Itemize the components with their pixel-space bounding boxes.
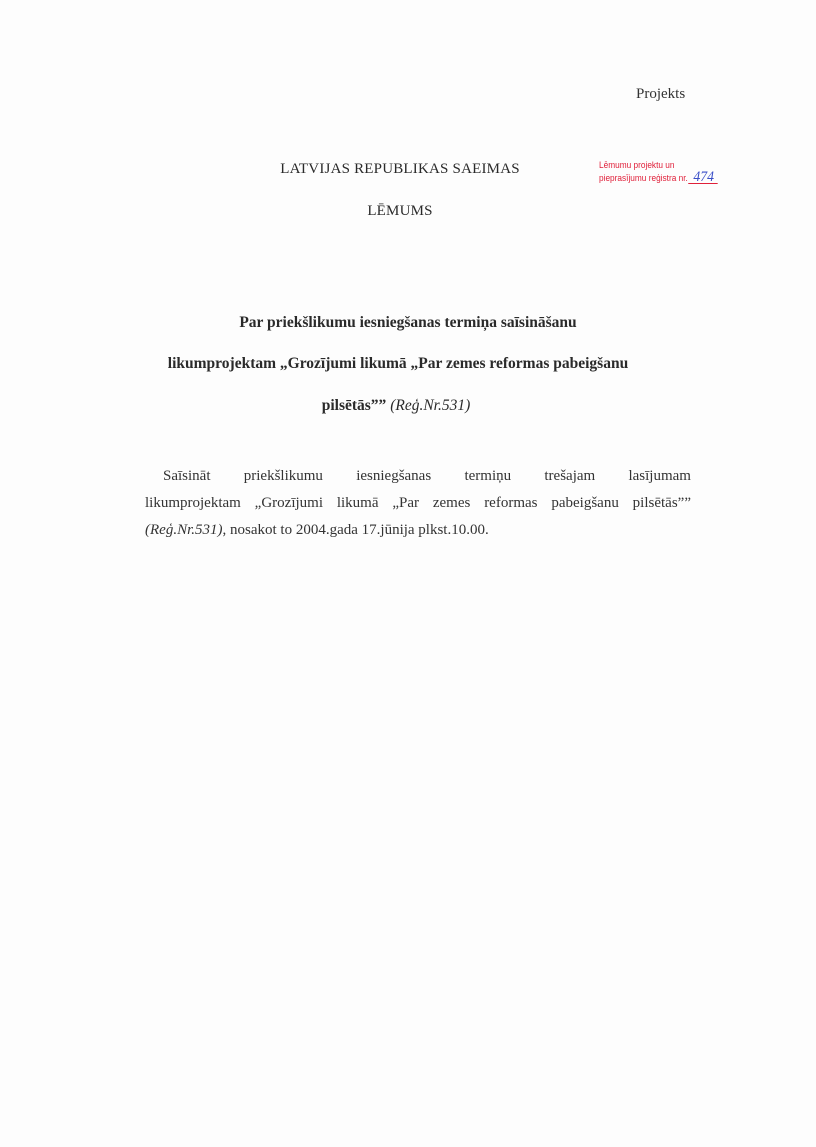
body-registration-ref: (Reģ.Nr.531) — [145, 522, 223, 538]
organization-heading: LATVIJAS REPUBLIKAS SAEIMAS — [0, 161, 808, 178]
word: „Grozījumi — [255, 495, 323, 512]
document-type-heading: LĒMUMS — [0, 203, 808, 220]
word: pabeigšanu — [551, 495, 618, 512]
word: likumā — [337, 495, 379, 512]
word: likumprojektam — [145, 495, 241, 512]
title-line-1: Par priekšlikumu iesniegšanas termiņa sa… — [0, 314, 816, 332]
word: zemes — [433, 495, 470, 512]
word: „Par — [392, 495, 419, 512]
word: lasījumam — [628, 468, 691, 485]
word: Saīsināt — [163, 468, 211, 485]
word: priekšlikumu — [244, 468, 323, 485]
registration-ref: (Reģ.Nr.531) — [390, 397, 470, 414]
word: trešajam — [544, 468, 595, 485]
title-line-2: likumprojektam „Grozījumi likumā „Par ze… — [0, 355, 806, 373]
body-line-3: (Reģ.Nr.531), nosakot to 2004.gada 17.jū… — [145, 522, 489, 539]
projekts-label: Projekts — [636, 86, 685, 103]
word: iesniegšanas — [356, 468, 431, 485]
word: termiņu — [464, 468, 511, 485]
word: reformas — [484, 495, 537, 512]
word: pilsētās”” — [633, 495, 691, 512]
body-line-1: Saīsinātpriekšlikumuiesniegšanastermiņut… — [145, 468, 691, 485]
title-line-3: pilsētās”” (Reģ.Nr.531) — [0, 397, 804, 415]
body-line-2: likumprojektam„Grozījumilikumā„Parzemesr… — [145, 495, 691, 512]
